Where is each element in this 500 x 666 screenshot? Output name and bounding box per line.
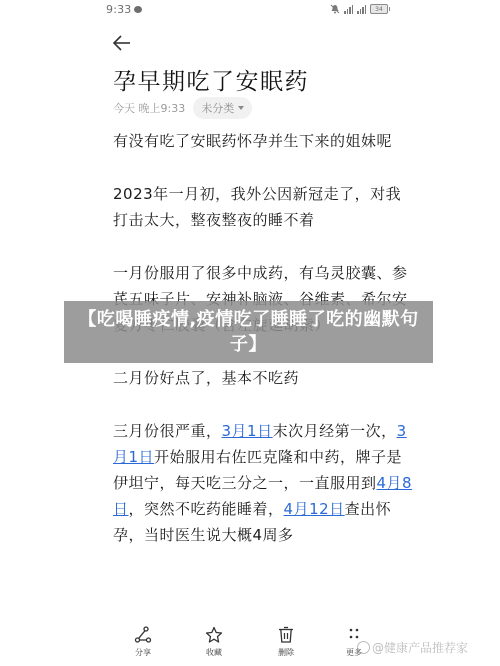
trash-icon xyxy=(277,626,295,644)
watermark-text: @健康产品推荐家 xyxy=(372,639,468,656)
favorite-label: 收藏 xyxy=(206,647,222,658)
arrow-left-icon xyxy=(112,34,132,52)
share-label: 分享 xyxy=(135,647,151,658)
overlay-banner-text: 【吃喝睡疫情,疫情吃了睡睡了吃的幽默句子】 xyxy=(64,307,433,357)
favorite-button[interactable]: 收藏 xyxy=(189,626,239,658)
paragraph: 有没有吃了安眠药怀孕并生下来的姐妹呢 xyxy=(113,128,413,154)
mute-bell-icon xyxy=(330,4,340,14)
text-span: ，突然不吃药能睡着， xyxy=(129,500,284,518)
status-bar: 9:33 34 xyxy=(0,0,500,22)
note-timestamp: 今天 晚上9:33 xyxy=(113,100,185,116)
signal-5g-icon xyxy=(344,5,353,14)
category-dropdown[interactable]: 未分类 xyxy=(193,97,252,119)
note-meta: 今天 晚上9:33 未分类 xyxy=(113,97,252,119)
message-notification-icon xyxy=(134,6,142,13)
paragraph: 二月份好点了，基本不吃药 xyxy=(113,365,413,391)
date-link[interactable]: 3月1日 xyxy=(222,422,273,440)
delete-label: 删除 xyxy=(278,647,294,658)
star-icon xyxy=(205,626,223,644)
watermark: @健康产品推荐家 xyxy=(357,639,468,656)
paragraph: 三月份很严重，3月1日末次月经第一次，3月1日开始服用右佐匹克隆和中药，牌子是伊… xyxy=(113,418,413,548)
status-icons: 34 xyxy=(330,4,388,14)
note-title[interactable]: 孕早期吃了安眠药 xyxy=(113,63,309,96)
text-span: 三月份很严重， xyxy=(113,422,222,440)
share-button[interactable]: 分享 xyxy=(118,626,168,658)
delete-button[interactable]: 删除 xyxy=(261,626,311,658)
back-button[interactable] xyxy=(112,34,134,54)
paragraph: 2023年一月初，我外公因新冠走了，对我打击太大，整夜整夜的睡不着 xyxy=(113,181,413,233)
text-span: 末次月经第一次， xyxy=(273,422,397,440)
signal-4g-icon xyxy=(357,5,366,14)
category-label: 未分类 xyxy=(201,100,234,116)
battery-icon: 34 xyxy=(370,4,388,14)
paw-icon xyxy=(357,641,370,654)
share-icon xyxy=(134,626,152,644)
overlay-banner: 【吃喝睡疫情,疫情吃了睡睡了吃的幽默句子】 xyxy=(64,301,433,363)
date-link[interactable]: 4月12日 xyxy=(284,500,345,518)
status-time: 9:33 xyxy=(106,3,132,16)
caret-down-icon xyxy=(238,106,244,110)
text-span: 开始服用右佐匹克隆和中药，牌子是伊坦宁，每天吃三分之一，一直服用到 xyxy=(113,448,402,492)
